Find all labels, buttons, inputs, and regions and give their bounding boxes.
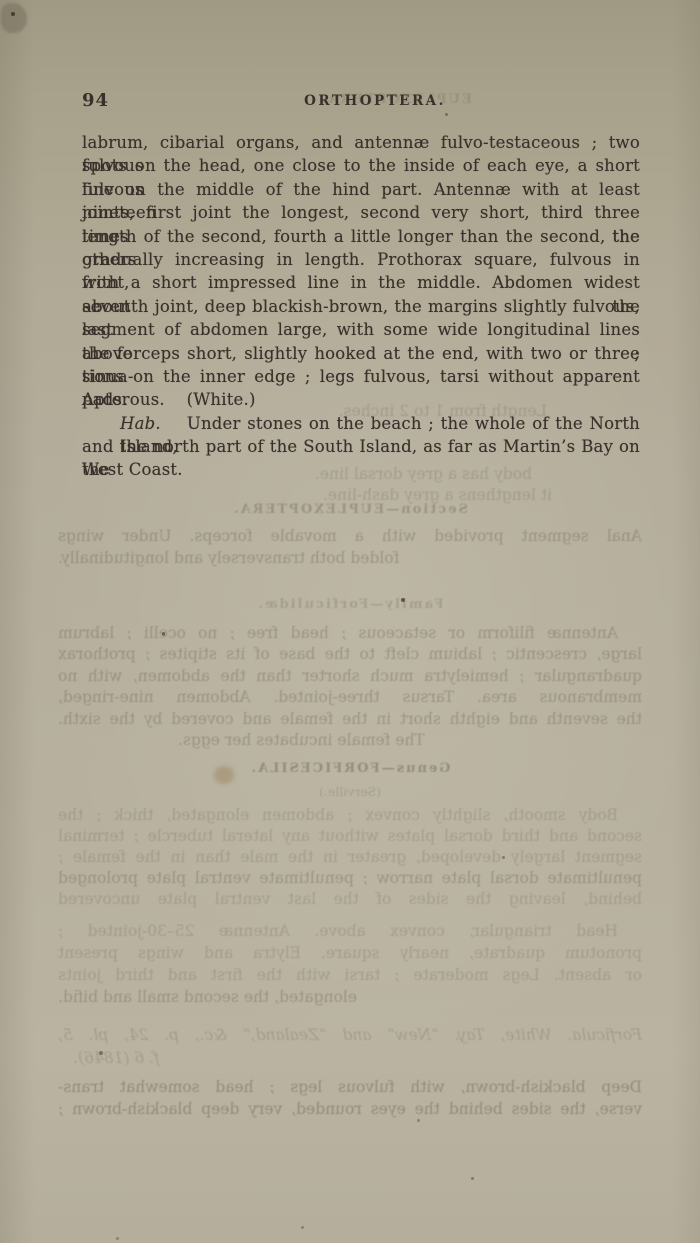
bleedthrough-line: penultimate dorsal plate narrow ; penult… [58,869,642,891]
body-line: West Coast. [82,458,640,481]
page-header: 94 ORTHOPTERA. [0,0,700,120]
foxing-spot [214,766,234,784]
body-line: length of the second, fourth a little lo… [82,225,640,248]
foxing-spot [99,1051,103,1055]
body-line: joints, first joint the longest, second … [82,201,640,224]
bleedthrough-line: folded both transversely and longitudina… [58,549,642,571]
foxing-spot [162,632,165,636]
foxing-spot [301,1226,304,1229]
bleedthrough-heading: Family—Forficulidæ. [58,597,642,619]
hab-label: Hab. [120,414,161,433]
body-line: line on the middle of the hind part. Ant… [82,178,640,201]
bleedthrough-line: Anal segment provided with a movable for… [58,527,642,549]
bleedthrough-heading: Genus—FORFICESILA. [58,761,642,783]
bleedthrough-line: Head triangular, convex above. Antennæ 2… [58,922,642,944]
corner-stain [1,3,27,33]
bleedthrough-line: verse, the sides behind the eyes rounded… [58,1100,642,1122]
foxing-spot [445,113,448,116]
body-line: and the north part of the South Island, … [82,435,640,458]
body-line: seventh joint, deep blackish-brown, the … [82,295,640,318]
foxing-spot [417,1119,420,1122]
foxing-spot [401,598,405,602]
bleedthrough-line: Forficula. White, Tay. “New” and “Zealan… [58,1026,642,1048]
bleedthrough-line: Deep blackish-brown, with fulvous legs ;… [58,1078,642,1100]
body-line-hab: Hab.Under stones on the beach ; the whol… [82,412,640,435]
bleedthrough-line: behind, leaving the sides of the last ve… [58,890,642,912]
bleedthrough-line: second and third dorsal plates without a… [58,827,642,849]
book-page: EUPLEXOPTERA. Length from 1 to 2 inches.… [0,0,700,1243]
bleedthrough-line: elongated, the second small and bifid. [58,988,642,1010]
foxing-spot [502,856,505,859]
running-header: ORTHOPTERA. [0,93,700,109]
body-line: with a short impressed line in the middl… [82,271,640,294]
bleedthrough-line: Antennæ filiform or setaceous ; head fre… [58,624,642,646]
bleedthrough-heading: Section—EUPLEXOPTERA. [58,502,642,524]
body-line: Apterous. (White.) [82,388,640,411]
body-text: labrum, cibarial organs, and antennæ ful… [82,131,640,482]
foxing-spot [116,1237,119,1240]
body-line: segment of abdomen large, with some wide… [82,318,640,341]
foxing-spot [471,1177,474,1180]
body-line: tions on the inner edge ; legs fulvous, … [82,365,640,388]
bleedthrough-line: Body smooth, slightly convex ; abdomen e… [58,806,642,828]
body-line: gradually increasing in length. Prothora… [82,248,640,271]
bleedthrough-line: or absent. Legs moderate ; tarsi with th… [58,966,642,988]
body-line: spots on the head, one close to the insi… [82,154,640,177]
bleedthrough-line: large, crescentic ; labium cleft to the … [58,645,642,667]
bleedthrough-line: (Serville.) [58,784,642,806]
bleedthrough-line: pronotum quadrate, nearly square. Elytra… [58,944,642,966]
corner-stain-dot [11,12,15,16]
bleedthrough-line: quadrangular ; hemielytra much shorter t… [58,667,642,689]
bleedthrough-line: the seventh and eighth short in the fema… [58,710,642,732]
body-line: the forceps short, slightly hooked at th… [82,342,640,365]
body-line: labrum, cibarial organs, and antennæ ful… [82,131,640,154]
bleedthrough-line: The female incubates her eggs. [58,731,642,753]
bleedthrough-line: membranous area. Tarsus three-jointed. A… [58,688,642,710]
bleedthrough-line: segment largely developed, greater in th… [58,848,642,870]
bleedthrough-line: f. 6 (1846). [58,1049,642,1071]
